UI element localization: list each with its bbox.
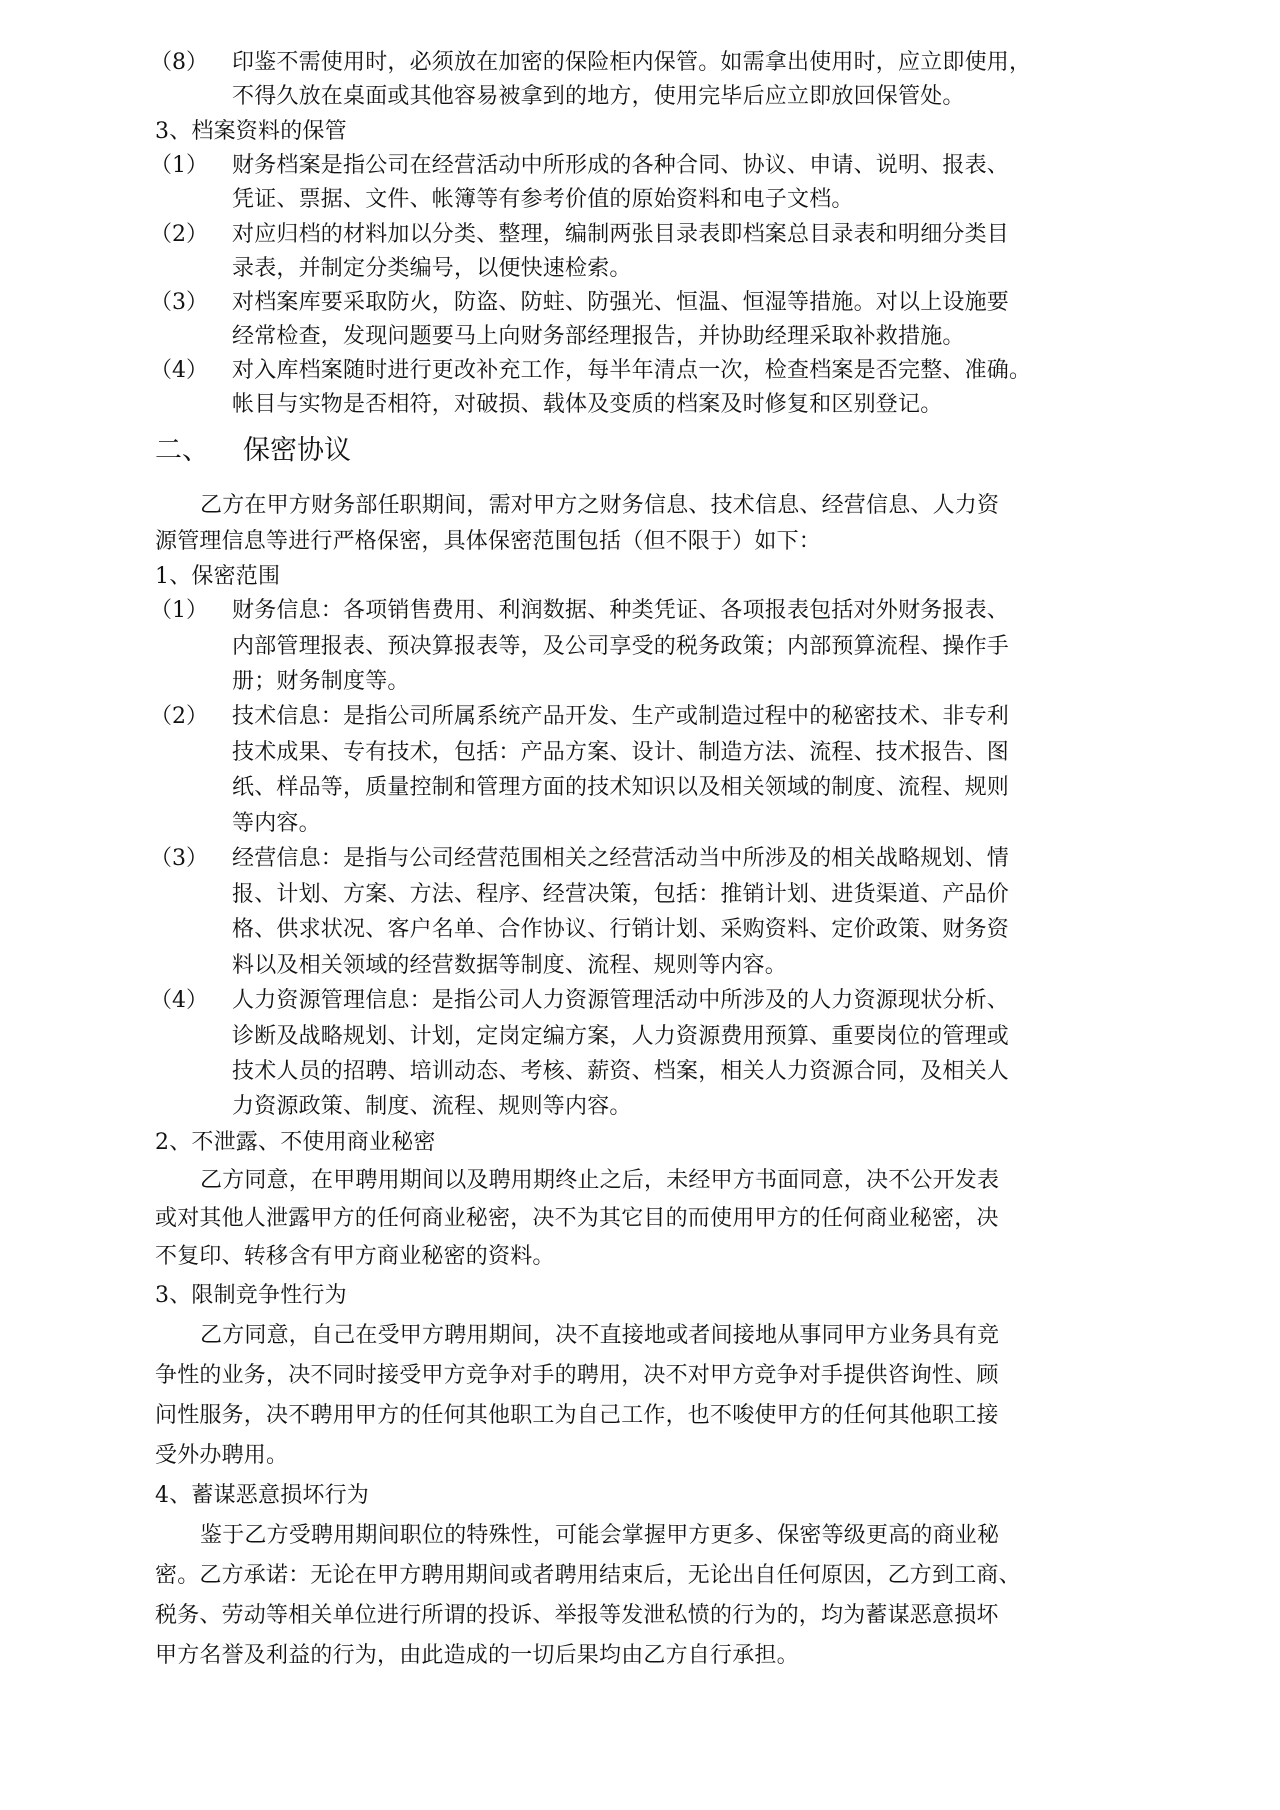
- list-item-text: 纸、样品等，质量控制和管理方面的技术知识以及相关领域的制度、流程、规则: [232, 775, 1009, 801]
- list-item-text: 技术信息：是指公司所属系统产品开发、生产或制造过程中的秘密技术、非专利: [232, 704, 1009, 730]
- section-heading: 3、限制竞争性行为: [155, 1283, 347, 1309]
- document-page: （8） 印鉴不需使用时，必须放在加密的保险柜内保管。如需拿出使用时，应立即使用，…: [0, 0, 1280, 1810]
- list-item-text: 印鉴不需使用时，必须放在加密的保险柜内保管。如需拿出使用时，应立即使用，: [232, 50, 1031, 76]
- list-item-text: 经营信息：是指与公司经营范围相关之经营活动当中所涉及的相关战略规划、情: [232, 846, 1009, 872]
- list-item-text: 人力资源管理信息：是指公司人力资源管理活动中所涉及的人力资源现状分析、: [232, 988, 1009, 1014]
- list-marker: （2）: [150, 222, 208, 248]
- list-item-text: 技术人员的招聘、培训动态、考核、薪资、档案，相关人力资源合同，及相关人: [232, 1059, 1009, 1085]
- paragraph-line: 不复印、转移含有甲方商业秘密的资料。: [155, 1244, 555, 1270]
- list-item-text: 力资源政策、制度、流程、规则等内容。: [232, 1094, 632, 1120]
- list-item-text: 经常检查，发现问题要马上向财务部经理报告，并协助经理采取补救措施。: [232, 324, 965, 350]
- list-item-text: 内部管理报表、预决算报表等，及公司享受的税务政策；内部预算流程、操作手: [232, 634, 1009, 660]
- list-item-text: 册；财务制度等。: [232, 669, 410, 695]
- list-item-text: 报、计划、方案、方法、程序、经营决策，包括：推销计划、进货渠道、产品价: [232, 882, 1009, 908]
- list-item-text: 等内容。: [232, 811, 321, 837]
- paragraph-line: 争性的业务，决不同时接受甲方竞争对手的聘用，决不对甲方竞争对手提供咨询性、顾: [155, 1363, 999, 1389]
- section-heading: 2、不泄露、不使用商业秘密: [155, 1130, 436, 1156]
- list-marker: （2）: [150, 704, 208, 730]
- list-item-text: 财务信息：各项销售费用、利润数据、种类凭证、各项报表包括对外财务报表、: [232, 598, 1009, 624]
- list-item-text: 料以及相关领域的经营数据等制度、流程、规则等内容。: [232, 953, 787, 979]
- paragraph-line: 甲方名誉及利益的行为，由此造成的一切后果均由乙方自行承担。: [155, 1643, 799, 1669]
- list-marker: （3）: [150, 846, 208, 872]
- list-item-text: 技术成果、专有技术，包括：产品方案、设计、制造方法、流程、技术报告、图: [232, 740, 1009, 766]
- list-item-text: 录表，并制定分类编号，以便快速检索。: [232, 256, 632, 282]
- list-item-text: 对档案库要采取防火，防盗、防蛀、防强光、恒温、恒湿等措施。对以上设施要: [232, 290, 1009, 316]
- paragraph-line: 问性服务，决不聘用甲方的任何其他职工为自己工作，也不唆使甲方的任何其他职工接: [155, 1403, 999, 1429]
- list-marker: （1）: [150, 153, 208, 179]
- paragraph-line: 乙方在甲方财务部任职期间，需对甲方之财务信息、技术信息、经营信息、人力资: [200, 493, 999, 519]
- section-heading: 1、保密范围: [155, 564, 280, 590]
- list-item-text: 帐目与实物是否相符，对破损、载体及变质的档案及时修复和区别登记。: [232, 392, 942, 418]
- list-marker: （4）: [150, 988, 208, 1014]
- list-item-text: 格、供求状况、客户名单、合作协议、行销计划、采购资料、定价政策、财务资: [232, 917, 1009, 943]
- list-item-text: 财务档案是指公司在经营活动中所形成的各种合同、协议、申请、说明、报表、: [232, 153, 1009, 179]
- paragraph-line: 受外办聘用。: [155, 1443, 288, 1469]
- section-heading: 4、蓄谋恶意损坏行为: [155, 1483, 369, 1509]
- list-item-text: 对应归档的材料加以分类、整理，编制两张目录表即档案总目录表和明细分类目: [232, 222, 1009, 248]
- list-item-text: 诊断及战略规划、计划，定岗定编方案，人力资源费用预算、重要岗位的管理或: [232, 1024, 1009, 1050]
- paragraph-line: 密。乙方承诺：无论在甲方聘用期间或者聘用结束后，无论出自任何原因，乙方到工商、: [155, 1563, 1021, 1589]
- chapter-number: 二、: [155, 436, 209, 466]
- paragraph-line: 鉴于乙方受聘用期间职位的特殊性，可能会掌握甲方更多、保密等级更高的商业秘: [200, 1523, 999, 1549]
- paragraph-line: 乙方同意，自己在受甲方聘用期间，决不直接地或者间接地从事同甲方业务具有竞: [200, 1323, 999, 1349]
- list-item-text: 对入库档案随时进行更改补充工作，每半年清点一次，检查档案是否完整、准确。: [232, 358, 1031, 384]
- chapter-title: 保密协议: [243, 436, 351, 466]
- list-item-text: 不得久放在桌面或其他容易被拿到的地方，使用完毕后应立即放回保管处。: [232, 84, 965, 110]
- list-marker: （4）: [150, 358, 208, 384]
- list-marker: （8）: [150, 50, 208, 76]
- list-marker: （3）: [150, 290, 208, 316]
- paragraph-line: 源管理信息等进行严格保密，具体保密范围包括（但不限于）如下：: [155, 529, 821, 555]
- list-item-text: 凭证、票据、文件、帐簿等有参考价值的原始资料和电子文档。: [232, 187, 854, 213]
- section-heading: 3、档案资料的保管: [155, 119, 347, 145]
- list-marker: （1）: [150, 598, 208, 624]
- paragraph-line: 或对其他人泄露甲方的任何商业秘密，决不为其它目的而使用甲方的任何商业秘密，决: [155, 1206, 999, 1232]
- paragraph-line: 税务、劳动等相关单位进行所谓的投诉、举报等发泄私愤的行为的，均为蓄谋恶意损坏: [155, 1603, 999, 1629]
- paragraph-line: 乙方同意，在甲聘用期间以及聘用期终止之后，未经甲方书面同意，决不公开发表: [200, 1168, 999, 1194]
